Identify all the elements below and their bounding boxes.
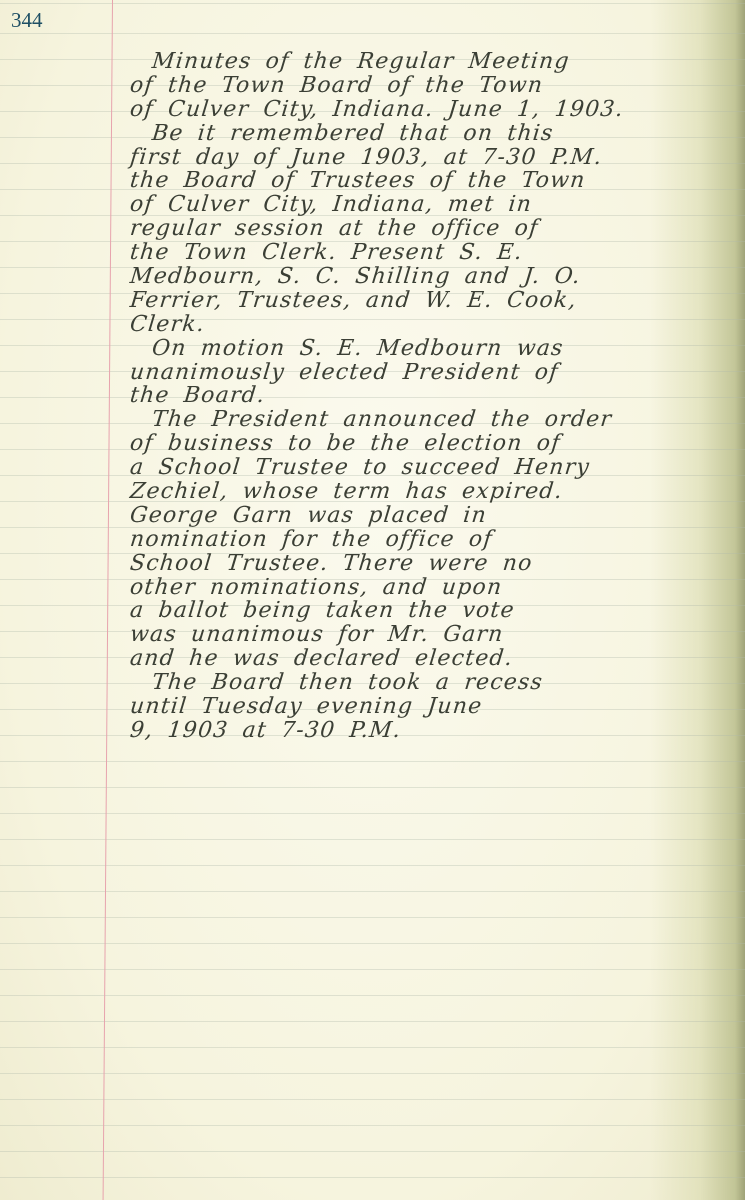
minutes-line: other nominations, and upon <box>129 576 732 600</box>
minutes-title-line-1: Minutes of the Regular Meeting <box>129 50 732 74</box>
minutes-line: Medbourn, S. C. Shilling and J. O. <box>129 265 732 289</box>
minutes-line: School Trustee. There were no <box>129 552 732 576</box>
minutes-line: George Garn was placed in <box>129 504 732 528</box>
minutes-line: regular session at the office of <box>129 217 732 241</box>
meeting-minutes: Minutes of the Regular Meeting of the To… <box>130 50 730 743</box>
minutes-line: first day of June 1903, at 7-30 P.M. <box>129 146 732 170</box>
minutes-line: Ferrier, Trustees, and W. E. Cook, <box>129 289 732 313</box>
minutes-line: the Town Clerk. Present S. E. <box>129 241 732 265</box>
page-number: 344 <box>11 8 43 33</box>
minutes-line: the Board of Trustees of the Town <box>129 169 732 193</box>
minutes-title-line-2: of the Town Board of the Town <box>129 74 732 98</box>
minutes-line: On motion S. E. Medbourn was <box>129 337 732 361</box>
minutes-line: nomination for the office of <box>129 528 732 552</box>
minutes-line: Clerk. <box>129 313 732 337</box>
ledger-page: 344 Minutes of the Regular Meeting of th… <box>0 0 745 1200</box>
minutes-line: 9, 1903 at 7-30 P.M. <box>129 719 732 743</box>
minutes-line: was unanimous for Mr. Garn <box>129 623 732 647</box>
minutes-line: The Board then took a recess <box>129 671 732 695</box>
minutes-line: The President announced the order <box>129 408 732 432</box>
minutes-line: until Tuesday evening June <box>129 695 732 719</box>
minutes-line: Zechiel, whose term has expired. <box>129 480 732 504</box>
minutes-line: of Culver City, Indiana, met in <box>129 193 732 217</box>
minutes-line: a School Trustee to succeed Henry <box>129 456 732 480</box>
minutes-line: of business to be the election of <box>129 432 732 456</box>
minutes-line: a ballot being taken the vote <box>129 599 732 623</box>
minutes-line: the Board. <box>129 384 732 408</box>
minutes-line: and he was declared elected. <box>129 647 732 671</box>
minutes-line: Be it remembered that on this <box>129 122 732 146</box>
minutes-title-line-3: of Culver City, Indiana. June 1, 1903. <box>129 98 732 122</box>
minutes-line: unanimously elected President of <box>129 361 732 385</box>
